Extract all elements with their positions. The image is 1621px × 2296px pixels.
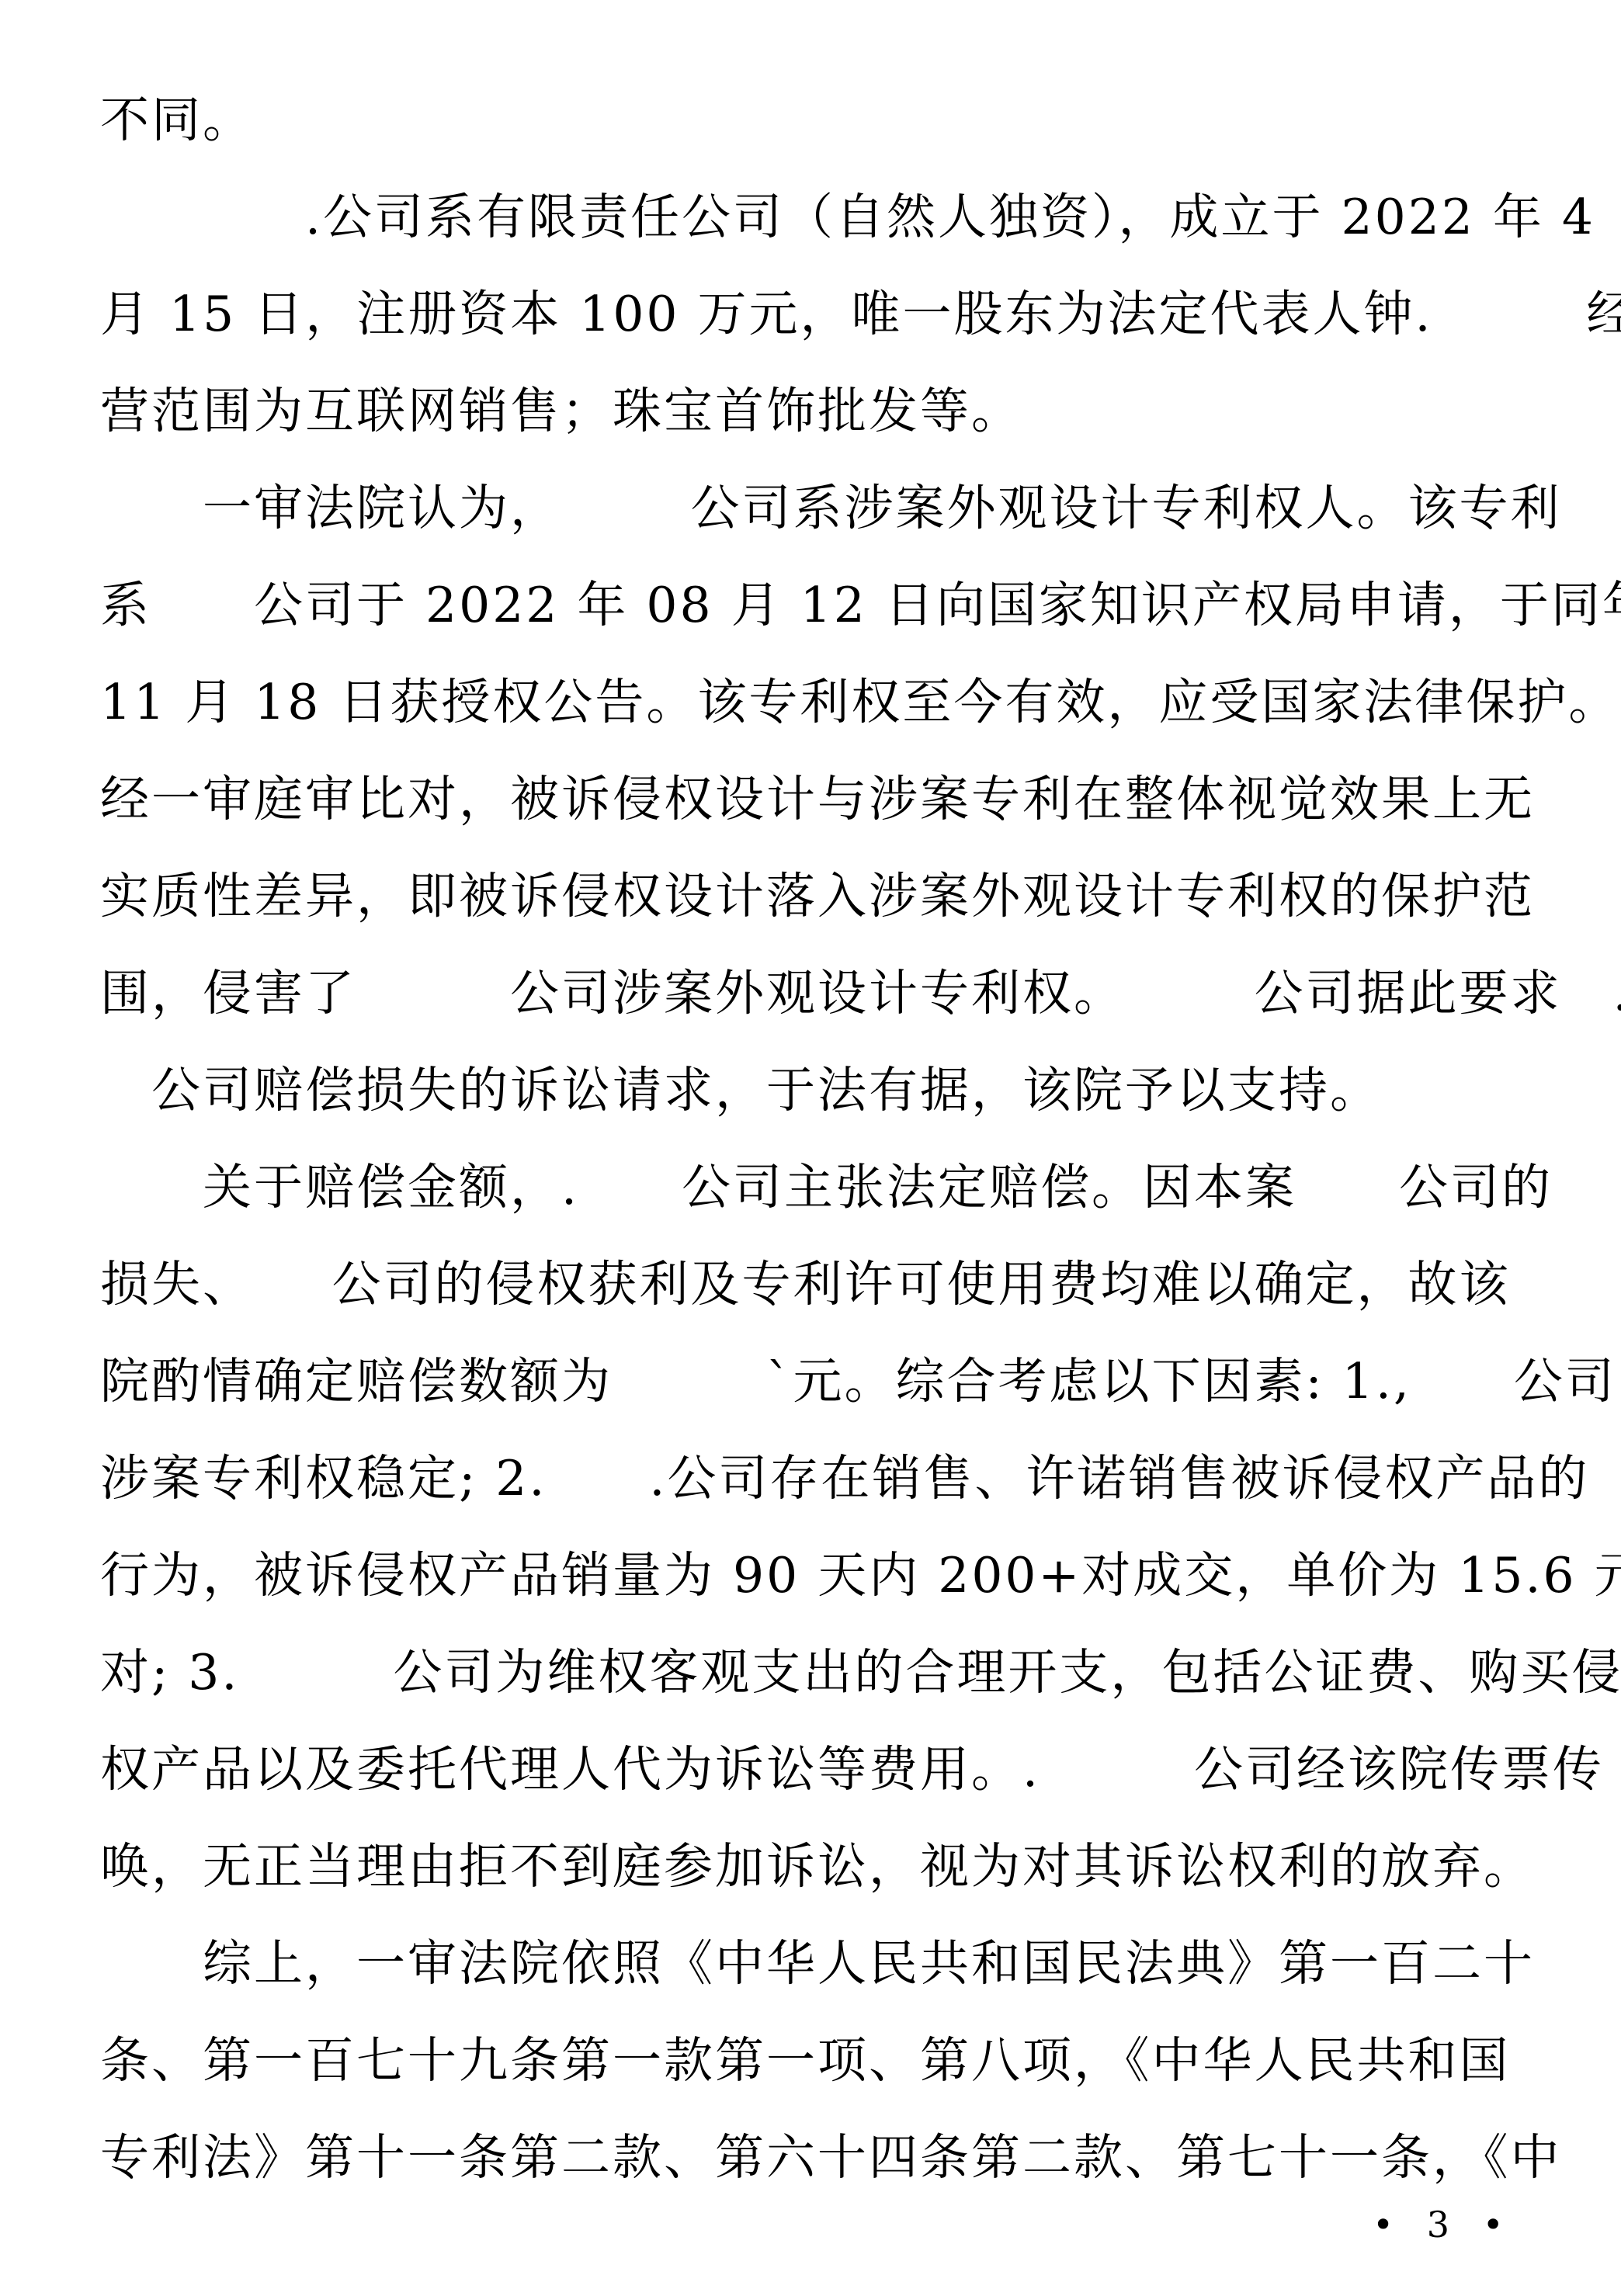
text-line: 损失、 公司的侵权获利及专利许可使用费均难以确定，故该 xyxy=(100,1236,1544,1333)
page-number: • 3 • xyxy=(1373,2200,1515,2249)
text-line: 实质性差异，即被诉侵权设计落入涉案外观设计专利权的保护范 xyxy=(100,848,1544,945)
text-line: 对; 3. 公司为维权客观支出的合理开支，包括公证费、购买侵 xyxy=(100,1624,1544,1721)
text-line: 系 公司于 2022 年 08 月 12 日向国家知识产权局申请，于同年 xyxy=(100,557,1544,654)
text-line: 综上，一审法院依照《中华人民共和国民法典》第一百二十 xyxy=(100,1915,1544,2012)
text-line: 公司赔偿损失的诉讼请求，于法有据，该院予以支持。 xyxy=(100,1042,1544,1139)
text-line: 经一审庭审比对，被诉侵权设计与涉案专利在整体视觉效果上无 xyxy=(100,751,1544,848)
text-line: 11 月 18 日获授权公告。该专利权至今有效，应受国家法律保护。 xyxy=(100,654,1544,751)
text-line: 关于赔偿金额，. 公司主张法定赔偿。因本案 公司的 xyxy=(100,1139,1544,1236)
text-line: 月 15 日，注册资本 100 万元，唯一股东为法定代表人钟. 经 xyxy=(100,265,1544,362)
text-line: 涉案专利权稳定; 2. .公司存在销售、许诺销售被诉侵权产品的 xyxy=(100,1430,1544,1527)
text-line: 行为，被诉侵权产品销量为 90 天内 200+对成交，单价为 15.6 元/ xyxy=(100,1527,1544,1624)
document-text-block: 不同。 .公司系有限责任公司（自然人独资），成立于 2022 年 4月 15 日… xyxy=(100,71,1544,2206)
text-line: 权产品以及委托代理人代为诉讼等费用。. 公司经该院传票传 xyxy=(100,1721,1544,1818)
text-line: 条、第一百七十九条第一款第一项、第八项，《中华人民共和国 xyxy=(100,2012,1544,2109)
text-line: 不同。 xyxy=(100,71,1544,168)
text-line: 围，侵害了 公司涉案外观设计专利权。 公司据此要求 . xyxy=(100,945,1544,1042)
text-line: .公司系有限责任公司（自然人独资），成立于 2022 年 4 xyxy=(100,168,1544,265)
text-line: 院酌情确定赔偿数额为 `元。综合考虑以下因素: 1., 公司 xyxy=(100,1333,1544,1430)
text-line: 一审法院认为， 公司系涉案外观设计专利权人。该专利 xyxy=(100,460,1544,557)
text-line: 唤，无正当理由拒不到庭参加诉讼，视为对其诉讼权利的放弃。 xyxy=(100,1818,1544,1915)
text-line: 营范围为互联网销售；珠宝首饰批发等。 xyxy=(100,362,1544,460)
text-line: 专利法》第十一条第二款、第六十四条第二款、第七十一条，《中 xyxy=(100,2109,1544,2206)
document-page: 不同。 .公司系有限责任公司（自然人独资），成立于 2022 年 4月 15 日… xyxy=(0,0,1621,2296)
